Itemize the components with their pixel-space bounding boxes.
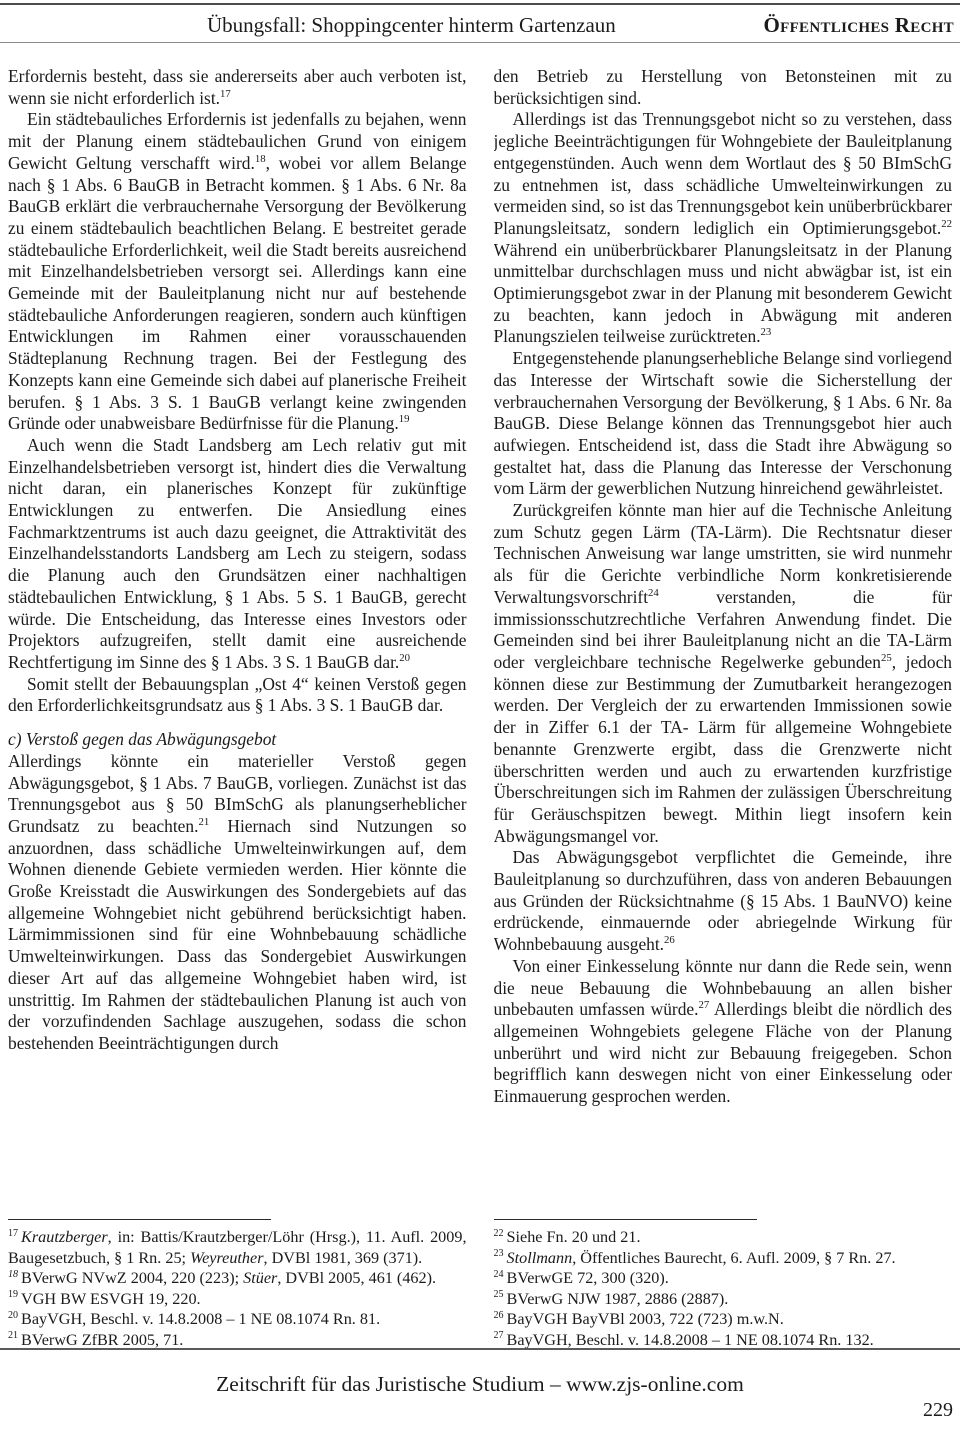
footnote-list: 22Siehe Fn. 20 und 21.23Stollmann, Öffen… bbox=[494, 1227, 953, 1350]
footnote-21: 21BVerwG ZfBR 2005, 71. bbox=[8, 1330, 467, 1351]
text-run: BVerwG NJW 1987, 2886 (2887). bbox=[507, 1290, 729, 1308]
footnote-ref: 19 bbox=[399, 413, 410, 425]
paragraph: Von einer Einkesselung könnte nur dann d… bbox=[494, 956, 953, 1108]
footnote-number: 27 bbox=[494, 1330, 504, 1341]
text-run: Das Abwägungsgebot verpflichtet die Geme… bbox=[494, 847, 953, 954]
text-run: BVerwGE 72, 300 (320). bbox=[507, 1269, 669, 1287]
article-title: Übungsfall: Shoppingcenter hinterm Garte… bbox=[207, 13, 616, 38]
footnote-18: 18BVerwG NVwZ 2004, 220 (223); Stüer, DV… bbox=[8, 1268, 467, 1289]
paragraph: Allerdings ist das Trennungsgebot nicht … bbox=[494, 109, 953, 348]
text-run: Allerdings ist das Trennungsgebot nicht … bbox=[494, 109, 953, 238]
footnote-23: 23Stollmann, Öffentliches Baurecht, 6. A… bbox=[494, 1248, 953, 1269]
text-run: Entgegenstehende planungserhebliche Bela… bbox=[494, 348, 953, 498]
footnote-ref: 22 bbox=[941, 218, 952, 230]
journal-footer-text: Zeitschrift für das Juristische Studium … bbox=[0, 1372, 960, 1397]
text-run: Erfordernis besteht, dass sie anderersei… bbox=[8, 66, 467, 108]
footnote-number: 24 bbox=[494, 1269, 504, 1280]
text-run: Stollmann bbox=[507, 1249, 573, 1267]
footnote-26: 26BayVGH BayVBl 2003, 722 (723) m.w.N. bbox=[494, 1309, 953, 1330]
footnote-22: 22Siehe Fn. 20 und 21. bbox=[494, 1227, 953, 1248]
paragraph: Ein städtebauliches Erfordernis ist jede… bbox=[8, 109, 467, 435]
footnote-ref: 23 bbox=[761, 327, 772, 339]
text-run: c) Verstoß gegen das Abwägungsgebot bbox=[8, 729, 276, 749]
section-heading: c) Verstoß gegen das Abwägungsgebot bbox=[8, 729, 467, 751]
text-run: , DVBl 2005, 461 (462). bbox=[277, 1269, 436, 1287]
column-right-footnotes: 22Siehe Fn. 20 und 21.23Stollmann, Öffen… bbox=[494, 1219, 953, 1350]
text-run: , wobei vor allem Belange nach § 1 Abs. … bbox=[8, 153, 467, 433]
paragraph: Erfordernis besteht, dass sie anderersei… bbox=[8, 66, 467, 109]
column-left-footnotes: 17Krautzberger, in: Battis/Krautzberger/… bbox=[8, 1219, 467, 1350]
column-right-body: den Betrieb zu Herstellung von Betonstei… bbox=[494, 66, 953, 1108]
column-left: Erfordernis besteht, dass sie anderersei… bbox=[8, 66, 467, 1350]
footnote-number: 23 bbox=[494, 1248, 504, 1259]
footnote-24: 24BVerwGE 72, 300 (320). bbox=[494, 1268, 953, 1289]
page-header: Übungsfall: Shoppingcenter hinterm Garte… bbox=[0, 13, 954, 43]
footnote-number: 22 bbox=[494, 1228, 504, 1239]
journal-page: Übungsfall: Shoppingcenter hinterm Garte… bbox=[0, 0, 960, 1429]
two-column-content: Erfordernis besteht, dass sie anderersei… bbox=[8, 66, 952, 1350]
footnote-number: 17 bbox=[8, 1228, 18, 1239]
column-left-body: Erfordernis besteht, dass sie anderersei… bbox=[8, 66, 467, 1055]
text-run: Stüer bbox=[243, 1269, 277, 1287]
footnote-separator bbox=[494, 1219, 757, 1220]
text-run: Hiernach sind Nutzungen so anzuordnen, d… bbox=[8, 816, 467, 1053]
footnote-number: 18 bbox=[8, 1269, 18, 1280]
footer-rule bbox=[0, 1348, 960, 1350]
footnote-ref: 26 bbox=[664, 934, 675, 946]
header-rule-top bbox=[0, 3, 960, 5]
footnote-number: 26 bbox=[494, 1310, 504, 1321]
footnote-ref: 24 bbox=[648, 587, 659, 599]
text-run: BayVGH, Beschl. v. 14.8.2008 – 1 NE 08.1… bbox=[507, 1331, 874, 1349]
text-run: BVerwG NVwZ 2004, 220 (223); bbox=[21, 1269, 243, 1287]
footnote-number: 21 bbox=[8, 1330, 18, 1341]
footnote-ref: 18 bbox=[255, 153, 266, 165]
paragraph: Somit stellt der Bebauungsplan „Ost 4“ k… bbox=[8, 674, 467, 717]
section-rubric: Öffentliches Recht bbox=[763, 13, 954, 38]
footnote-27: 27BayVGH, Beschl. v. 14.8.2008 – 1 NE 08… bbox=[494, 1330, 953, 1351]
footnote-20: 20BayVGH, Beschl. v. 14.8.2008 – 1 NE 08… bbox=[8, 1309, 467, 1330]
text-run: BVerwG ZfBR 2005, 71. bbox=[21, 1331, 183, 1349]
footnote-number: 20 bbox=[8, 1310, 18, 1321]
text-run: , Öffentliches Baurecht, 6. Aufl. 2009, … bbox=[572, 1249, 895, 1267]
paragraph: Entgegenstehende planungserhebliche Bela… bbox=[494, 348, 953, 500]
footnote-list: 17Krautzberger, in: Battis/Krautzberger/… bbox=[8, 1227, 467, 1350]
footnote-number: 19 bbox=[8, 1289, 18, 1300]
footnote-separator bbox=[8, 1219, 271, 1220]
footnote-17: 17Krautzberger, in: Battis/Krautzberger/… bbox=[8, 1227, 467, 1268]
text-run: Während ein unüberbrückbarer Planungslei… bbox=[494, 240, 953, 347]
text-run: Somit stellt der Bebauungsplan „Ost 4“ k… bbox=[8, 674, 467, 716]
footnote-ref: 17 bbox=[220, 88, 231, 100]
text-run: Siehe Fn. 20 und 21. bbox=[507, 1228, 641, 1246]
footnote-number: 25 bbox=[494, 1289, 504, 1300]
paragraph: den Betrieb zu Herstellung von Betonstei… bbox=[494, 66, 953, 109]
footnote-ref: 25 bbox=[881, 652, 892, 664]
footnote-ref: 21 bbox=[198, 816, 209, 828]
footnote-25: 25BVerwG NJW 1987, 2886 (2887). bbox=[494, 1289, 953, 1310]
paragraph: Zurückgreifen könnte man hier auf die Te… bbox=[494, 500, 953, 847]
paragraph: Das Abwägungsgebot verpflichtet die Geme… bbox=[494, 847, 953, 956]
header-rule-bottom bbox=[0, 42, 960, 43]
footnote-19: 19VGH BW ESVGH 19, 220. bbox=[8, 1289, 467, 1310]
footnote-ref: 20 bbox=[399, 652, 410, 664]
page-number: 229 bbox=[923, 1399, 953, 1422]
text-run: den Betrieb zu Herstellung von Betonstei… bbox=[494, 66, 953, 108]
text-run: Auch wenn die Stadt Landsberg am Lech re… bbox=[8, 435, 467, 672]
paragraph: Allerdings könnte ein materieller Versto… bbox=[8, 751, 467, 1055]
paragraph: Auch wenn die Stadt Landsberg am Lech re… bbox=[8, 435, 467, 674]
text-run: BayVGH BayVBl 2003, 722 (723) m.w.N. bbox=[507, 1310, 784, 1328]
column-right: den Betrieb zu Herstellung von Betonstei… bbox=[494, 66, 953, 1350]
text-run: , jedoch können diese zur Bestimmung der… bbox=[494, 652, 953, 846]
text-run: , DVBl 1981, 369 (371). bbox=[264, 1249, 423, 1267]
footnote-ref: 27 bbox=[698, 999, 709, 1011]
text-run: VGH BW ESVGH 19, 220. bbox=[21, 1290, 201, 1308]
text-run: Weyreuther bbox=[190, 1249, 263, 1267]
text-run: Krautzberger bbox=[21, 1228, 108, 1246]
text-run: BayVGH, Beschl. v. 14.8.2008 – 1 NE 08.1… bbox=[21, 1310, 380, 1328]
